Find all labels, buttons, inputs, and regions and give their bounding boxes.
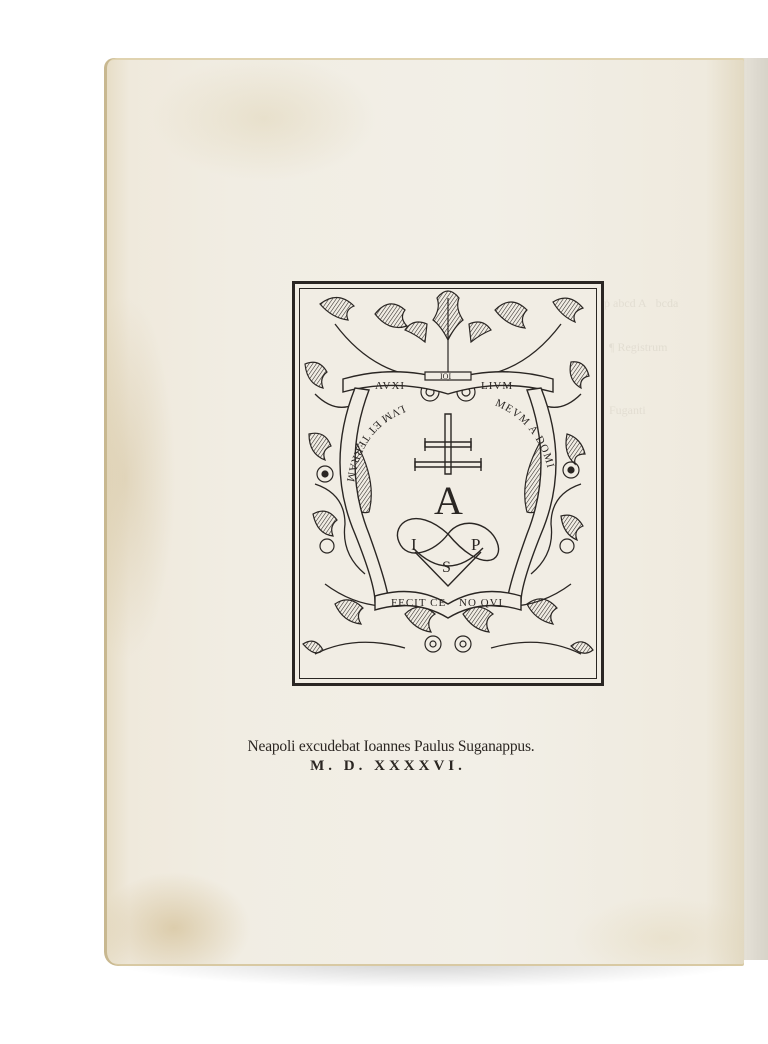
printer-device-illustration: AVXI LIVM MEVM A DOMI LVM ET TERRAM FECI… [295, 284, 601, 683]
motto-upper-left: AVXI [375, 380, 405, 392]
monogram-letter-p: P [471, 535, 480, 554]
central-plant [425, 298, 471, 380]
motto-bottom-right: NO QVI [459, 597, 503, 609]
monogram-letter-s: S [442, 559, 451, 576]
imprint-printer-line: Neapoli excudebat Ioannes Paulus Suganap… [0, 738, 768, 756]
imprint-date-line: M. D. XXXXVI. [0, 758, 768, 775]
motto-upper-right: LIVM [481, 380, 513, 392]
top-medallion-text: IOI [440, 372, 451, 381]
show-through-text: ¶ Registrum [609, 340, 667, 355]
monogram-letter-i: I [411, 535, 417, 554]
printer-device-woodcut: AVXI LIVM MEVM A DOMI LVM ET TERRAM FECI… [292, 281, 604, 686]
show-through-text: Fuganti [609, 403, 646, 418]
motto-bottom-left: FECIT CE [391, 597, 446, 609]
patriarchal-cross-icon [415, 414, 481, 474]
central-letter: A [434, 478, 463, 523]
show-through-text: ṗ abcd A bcda [604, 296, 678, 311]
